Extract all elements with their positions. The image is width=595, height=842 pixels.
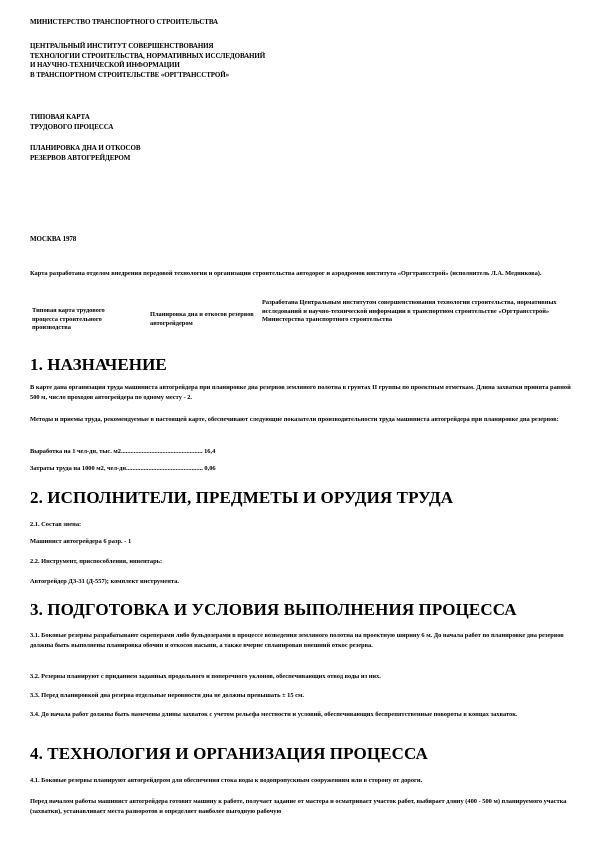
section-2-paragraph: 2.2. Инструмент, приспособления, инвента… <box>30 557 580 567</box>
section-3-heading: 3. ПОДГОТОВКА И УСЛОВИЯ ВЫПОЛНЕНИЯ ПРОЦЕ… <box>30 600 517 620</box>
section-3-paragraph: 3.3. Перед планировкой дна резерва отдел… <box>30 691 580 701</box>
document-type: ТИПОВАЯ КАРТА ТРУДОВОГО ПРОЦЕССА <box>30 113 113 132</box>
metric-label: Выработка на 1 чел-дн, тыс. м2 <box>30 448 121 455</box>
metric-label: Затраты труда на 1000 м2, чел-дн <box>30 465 126 472</box>
leader-dots: ........................................… <box>121 448 202 455</box>
institute-name: ЦЕНТРАЛЬНЫЙ ИНСТИТУТ СОВЕРШЕНСТВОВАНИЯ Т… <box>30 42 265 80</box>
section-3-paragraph: 3.2. Резервы планируют с приданием задан… <box>30 672 580 682</box>
info-table-doc-type: Типовая карта трудового процесса строите… <box>32 307 132 333</box>
section-4-heading: 4. ТЕХНОЛОГИЯ И ОРГАНИЗАЦИЯ ПРОЦЕССА <box>30 744 428 764</box>
institute-line: ЦЕНТРАЛЬНЫЙ ИНСТИТУТ СОВЕРШЕНСТВОВАНИЯ <box>30 42 265 52</box>
institute-line: ТЕХНОЛОГИИ СТРОИТЕЛЬСТВА, НОРМАТИВНЫХ ИС… <box>30 52 265 62</box>
institute-line: В ТРАНСПОРТНОМ СТРОИТЕЛЬСТВЕ «ОРГТРАНССТ… <box>30 71 265 81</box>
metric-output-per-day: Выработка на 1 чел-дн, тыс. м2..........… <box>30 447 580 457</box>
metric-labor-cost: Затраты труда на 1000 м2, чел-дн........… <box>30 464 580 474</box>
doc-type-line: ТРУДОВОГО ПРОЦЕССА <box>30 123 113 133</box>
section-2-paragraph: Автогрейдер ДЗ-31 (Д-557); комплект инст… <box>30 577 580 587</box>
section-2-paragraph: Машинист автогрейдера 6 разр. - 1 <box>30 537 580 547</box>
section-3-paragraph: 3.4. До начала работ должны быть намечен… <box>30 710 580 720</box>
section-2-heading: 2. ИСПОЛНИТЕЛИ, ПРЕДМЕТЫ И ОРУДИЯ ТРУДА <box>30 488 453 508</box>
institute-line: И НАУЧНО-ТЕХНИЧЕСКОЙ ИНФОРМАЦИИ <box>30 61 265 71</box>
section-1-heading: 1. НАЗНАЧЕНИЕ <box>30 355 167 375</box>
authors-note: Карта разработана отделом внедрения пере… <box>30 269 580 279</box>
city-year: МОСКВА 1978 <box>30 235 76 245</box>
document-title: ПЛАНИРОВКА ДНА И ОТКОСОВ РЕЗЕРВОВ АВТОГР… <box>30 144 140 163</box>
leader-dots: ........................................… <box>126 465 203 472</box>
info-table-process: Планировка дна и откосов резервов автогр… <box>150 311 260 328</box>
metric-value: 0,06 <box>204 465 215 472</box>
doc-title-line: РЕЗЕРВОВ АВТОГРЕЙДЕРОМ <box>30 154 140 164</box>
section-1-paragraph: В карте дана организация труда машиниста… <box>30 383 580 402</box>
info-table-developer: Разработана Центральным институтом совер… <box>262 299 577 325</box>
section-1-paragraph: Методы и приемы труда, рекомендуемые в н… <box>30 415 580 425</box>
doc-title-line: ПЛАНИРОВКА ДНА И ОТКОСОВ <box>30 144 140 154</box>
section-3-paragraph: 3.1. Боковые резервы разрабатывают скреп… <box>30 631 580 650</box>
doc-type-line: ТИПОВАЯ КАРТА <box>30 113 113 123</box>
metric-value: 16,4 <box>204 448 215 455</box>
section-4-paragraph: Перед началом работы машинист автогрейде… <box>30 797 580 816</box>
section-4-paragraph: 4.1. Боковые резервы планируют автогрейд… <box>30 776 580 786</box>
section-2-paragraph: 2.1. Состав звена: <box>30 520 580 530</box>
ministry-name: МИНИСТЕРСТВО ТРАНСПОРТНОГО СТРОИТЕЛЬСТВА <box>30 18 218 28</box>
